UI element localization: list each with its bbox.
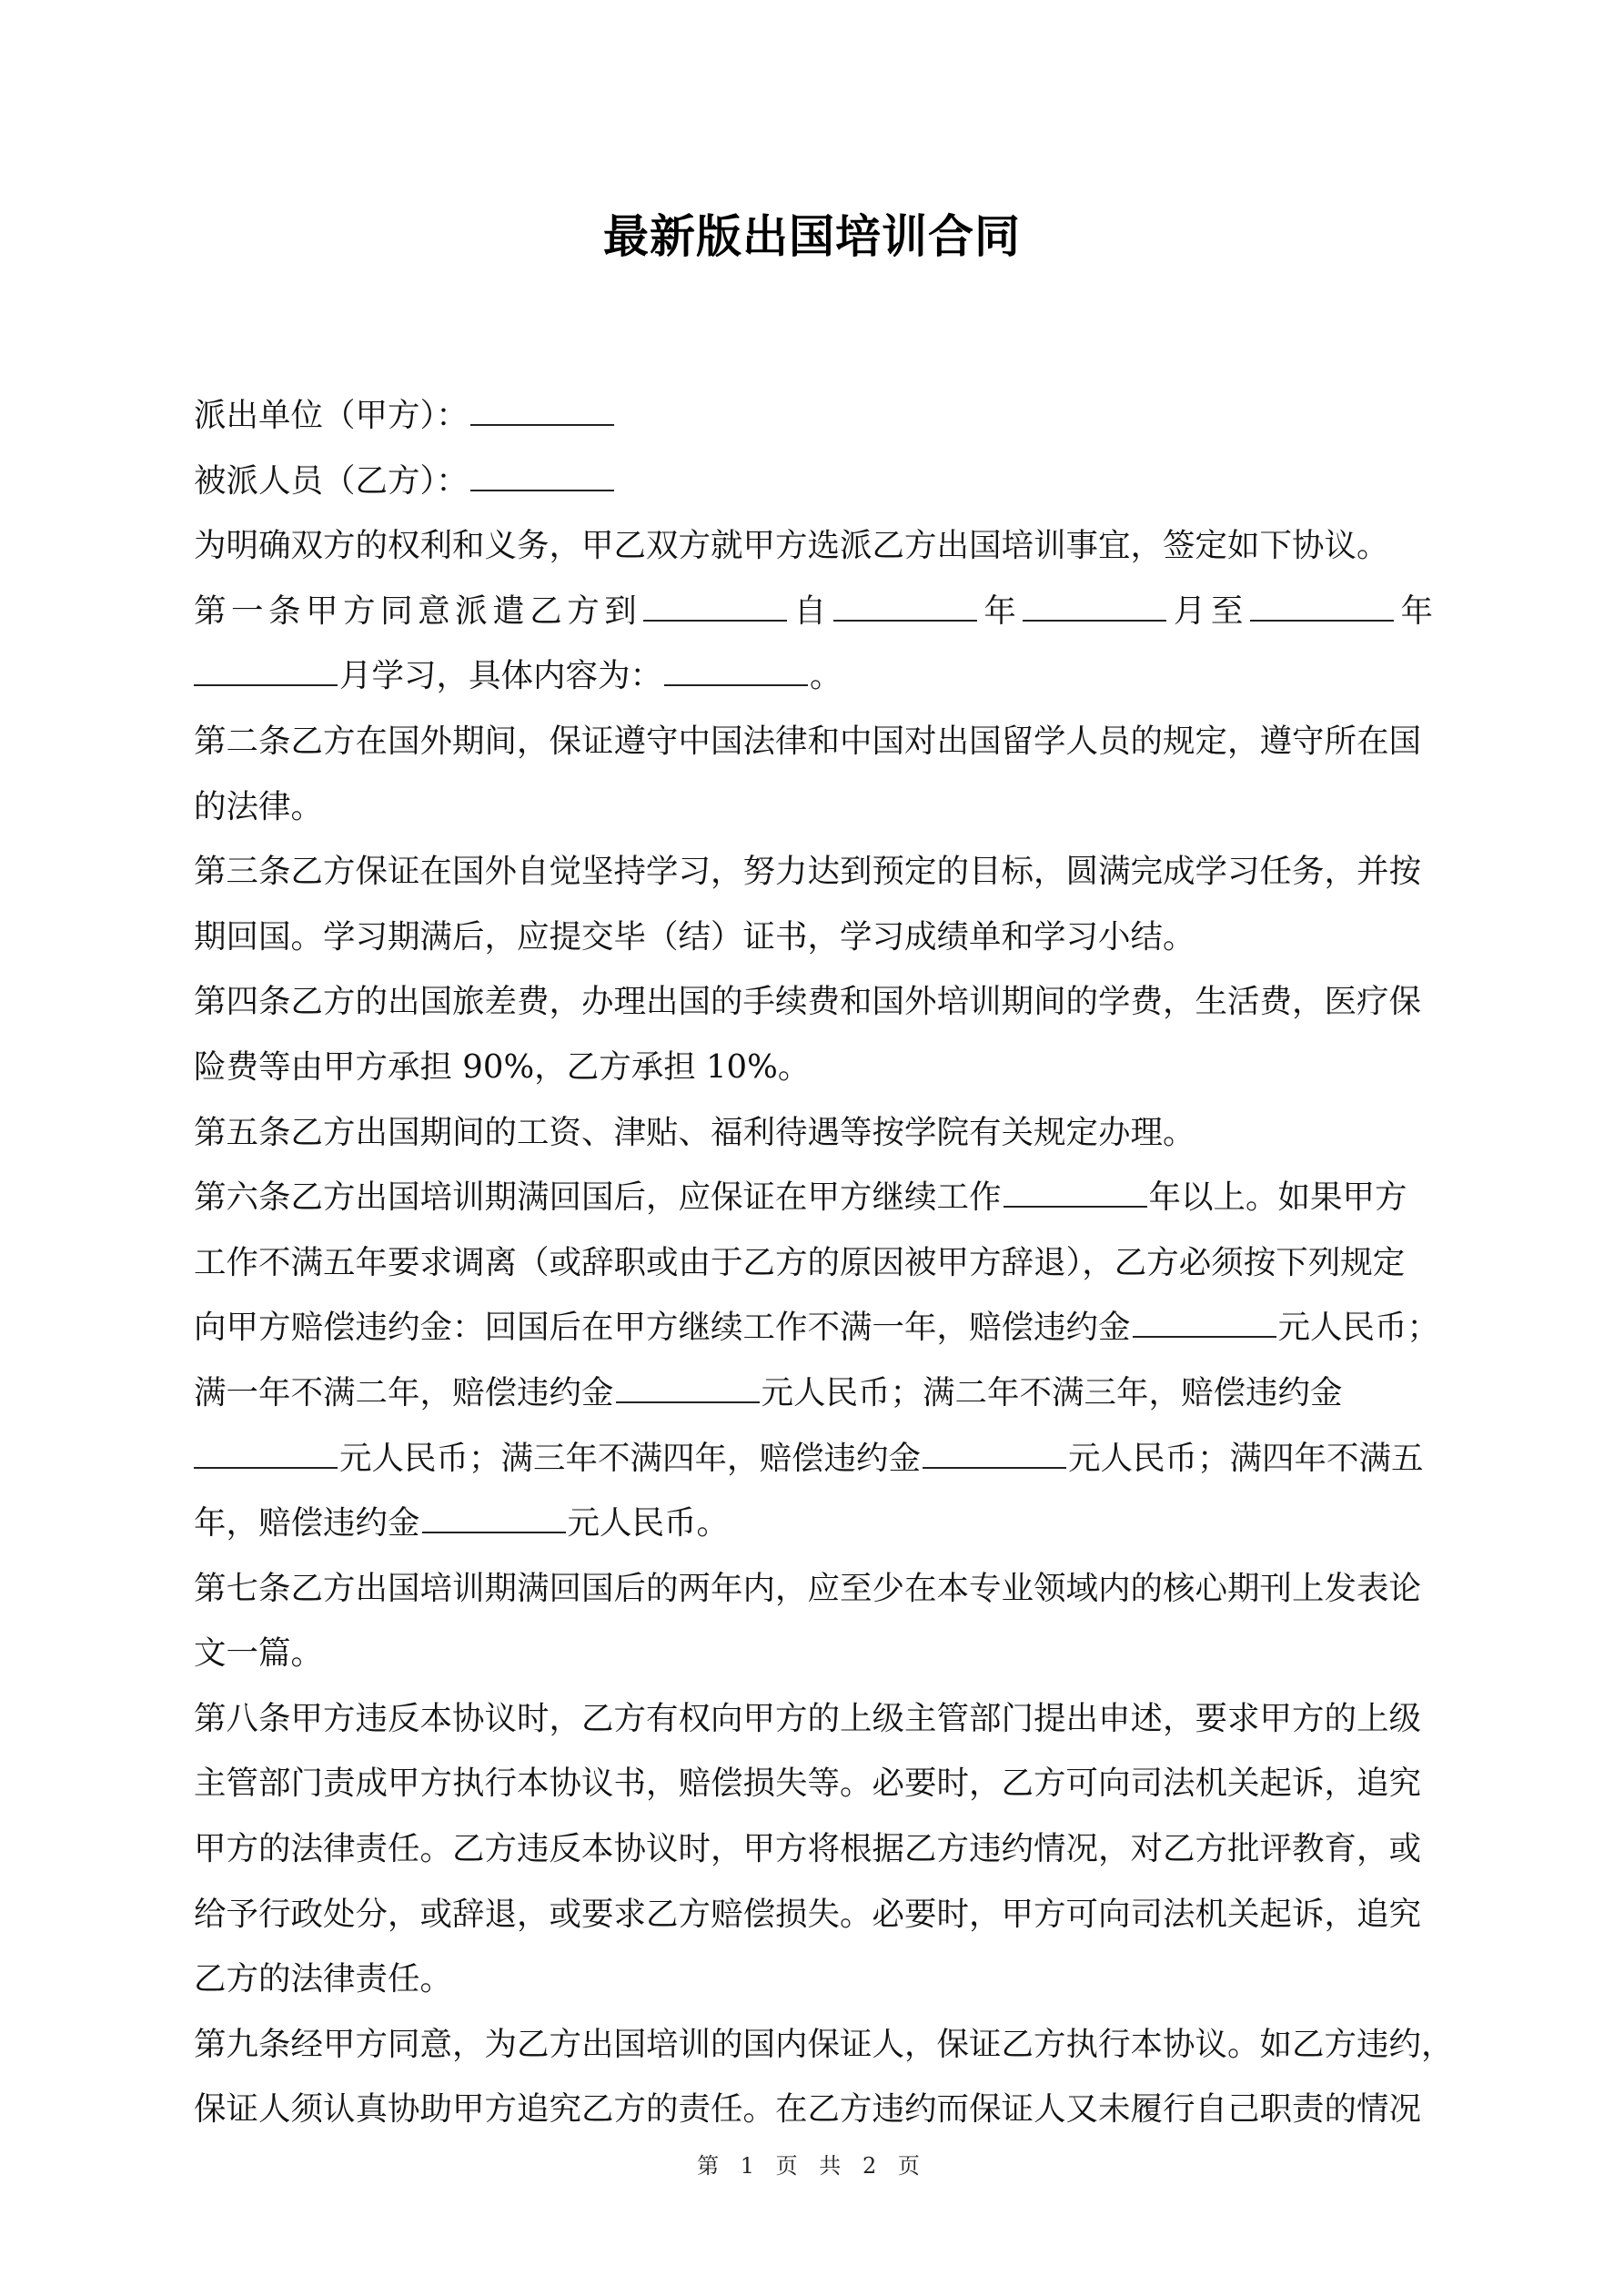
- article-1-text: 年: [1396, 592, 1433, 630]
- article-8-line-2: 主管部门责成甲方执行本协议书，赔偿损失等。必要时，乙方可向司法机关起诉，追究: [194, 1751, 1433, 1816]
- document-body: 派出单位（甲方）： 被派人员（乙方）： 为明确双方的权利和义务，甲乙双方就甲方选…: [194, 383, 1433, 2142]
- party-a-blank: [470, 397, 614, 426]
- content-blank: [664, 657, 808, 686]
- party-b-blank: [470, 462, 614, 491]
- article-6-line-1: 第六条乙方出国培训期满回国后，应保证在甲方继续工作年以上。如果甲方: [194, 1165, 1433, 1230]
- article-1-text: 第一条甲方同意派遣乙方到: [194, 592, 641, 630]
- article-6-line-6: 年，赔偿违约金元人民币。: [194, 1491, 1433, 1556]
- article-8-line-5: 乙方的法律责任。: [194, 1947, 1433, 2012]
- party-b-field: 被派人员（乙方）：: [194, 449, 1433, 514]
- article-6-text: 元人民币；满三年不满四年，赔偿违约金: [339, 1440, 921, 1477]
- article-6-text: 元人民币；满二年不满三年，赔偿违约金: [762, 1374, 1343, 1411]
- end-month-blank: [194, 657, 338, 686]
- preamble: 为明确双方的权利和义务，甲乙双方就甲方选派乙方出国培训事宜，签定如下协议。: [194, 513, 1433, 579]
- article-1-line-1: 第一条甲方同意派遣乙方到自年月至年: [194, 579, 1433, 644]
- article-6-line-3: 向甲方赔偿违约金：回国后在甲方继续工作不满一年，赔偿违约金元人民币；: [194, 1295, 1433, 1360]
- start-month-blank: [1023, 592, 1166, 622]
- document-title: 最新版出国培训合同: [0, 205, 1624, 268]
- penalty-1-blank: [1133, 1309, 1276, 1338]
- article-4-line-2: 险费等由甲方承担 90%，乙方承担 10%。: [194, 1035, 1433, 1100]
- article-1-text: 自: [789, 592, 832, 630]
- article-6-text: 第六条乙方出国培训期满回国后，应保证在甲方继续工作: [194, 1178, 1002, 1216]
- party-b-label: 被派人员（乙方）：: [194, 462, 469, 500]
- article-1-text: 。: [810, 657, 842, 694]
- document-page: 最新版出国培训合同 派出单位（甲方）： 被派人员（乙方）： 为明确双方的权利和义…: [0, 0, 1624, 2296]
- article-6-text: 元人民币；: [1278, 1309, 1440, 1346]
- article-7-line-1: 第七条乙方出国培训期满回国后的两年内，应至少在本专业领域内的核心期刊上发表论: [194, 1556, 1433, 1622]
- article-6-text: 元人民币；满四年不满五: [1068, 1440, 1424, 1477]
- article-9-line-1: 第九条经甲方同意，为乙方出国培训的国内保证人，保证乙方执行本协议。如乙方违约，: [194, 2012, 1433, 2078]
- article-3-line-1: 第三条乙方保证在国外自觉坚持学习，努力达到预定的目标，圆满完成学习任务，并按: [194, 839, 1433, 905]
- years-blank: [1004, 1178, 1147, 1208]
- end-year-blank: [1250, 592, 1394, 622]
- article-6-line-2: 工作不满五年要求调离（或辞职或由于乙方的原因被甲方辞退），乙方必须按下列规定: [194, 1230, 1433, 1296]
- start-year-blank: [833, 592, 977, 622]
- article-4-line-1: 第四条乙方的出国旅差费，办理出国的手续费和国外培训期间的学费，生活费，医疗保: [194, 969, 1433, 1035]
- penalty-3-blank: [194, 1440, 338, 1469]
- party-a-field: 派出单位（甲方）：: [194, 383, 1433, 449]
- article-8-line-4: 给予行政处分，或辞退，或要求乙方赔偿损失。必要时，甲方可向司法机关起诉，追究: [194, 1882, 1433, 1947]
- article-9-line-2: 保证人须认真协助甲方追究乙方的责任。在乙方违约而保证人又未履行自己职责的情况: [194, 2077, 1433, 2142]
- page-indicator: 第 1 页 共 2 页: [0, 2148, 1624, 2180]
- penalty-5-blank: [422, 1504, 566, 1533]
- article-1-text: 月至: [1168, 592, 1248, 630]
- article-6-line-5: 元人民币；满三年不满四年，赔偿违约金元人民币；满四年不满五: [194, 1426, 1433, 1492]
- article-3-line-2: 期回国。学习期满后，应提交毕（结）证书，学习成绩单和学习小结。: [194, 905, 1433, 970]
- article-6-line-4: 满一年不满二年，赔偿违约金元人民币；满二年不满三年，赔偿违约金: [194, 1360, 1433, 1426]
- article-5-line-1: 第五条乙方出国期间的工资、津贴、福利待遇等按学院有关规定办理。: [194, 1100, 1433, 1166]
- article-2-line-1: 第二条乙方在国外期间，保证遵守中国法律和中国对出国留学人员的规定，遵守所在国: [194, 709, 1433, 774]
- article-6-text: 满一年不满二年，赔偿违约金: [194, 1374, 614, 1411]
- destination-blank: [643, 592, 787, 622]
- article-8-line-3: 甲方的法律责任。乙方违反本协议时，甲方将根据乙方违约情况，对乙方批评教育，或: [194, 1816, 1433, 1882]
- party-a-label: 派出单位（甲方）：: [194, 397, 469, 434]
- penalty-4-blank: [923, 1440, 1066, 1469]
- article-8-line-1: 第八条甲方违反本协议时，乙方有权向甲方的上级主管部门提出申述，要求甲方的上级: [194, 1686, 1433, 1752]
- penalty-2-blank: [616, 1374, 760, 1403]
- article-6-text: 年，赔偿违约金: [194, 1504, 420, 1542]
- article-6-text: 元人民币。: [568, 1504, 730, 1542]
- article-6-text: 向甲方赔偿违约金：回国后在甲方继续工作不满一年，赔偿违约金: [194, 1309, 1131, 1346]
- article-1-text: 月学习，具体内容为：: [339, 657, 662, 694]
- article-6-text: 年以上。如果甲方: [1149, 1178, 1407, 1216]
- article-1-line-2: 月学习，具体内容为：。: [194, 643, 1433, 709]
- article-2-line-2: 的法律。: [194, 774, 1433, 840]
- article-1-text: 年: [979, 592, 1022, 630]
- article-7-line-2: 文一篇。: [194, 1621, 1433, 1686]
